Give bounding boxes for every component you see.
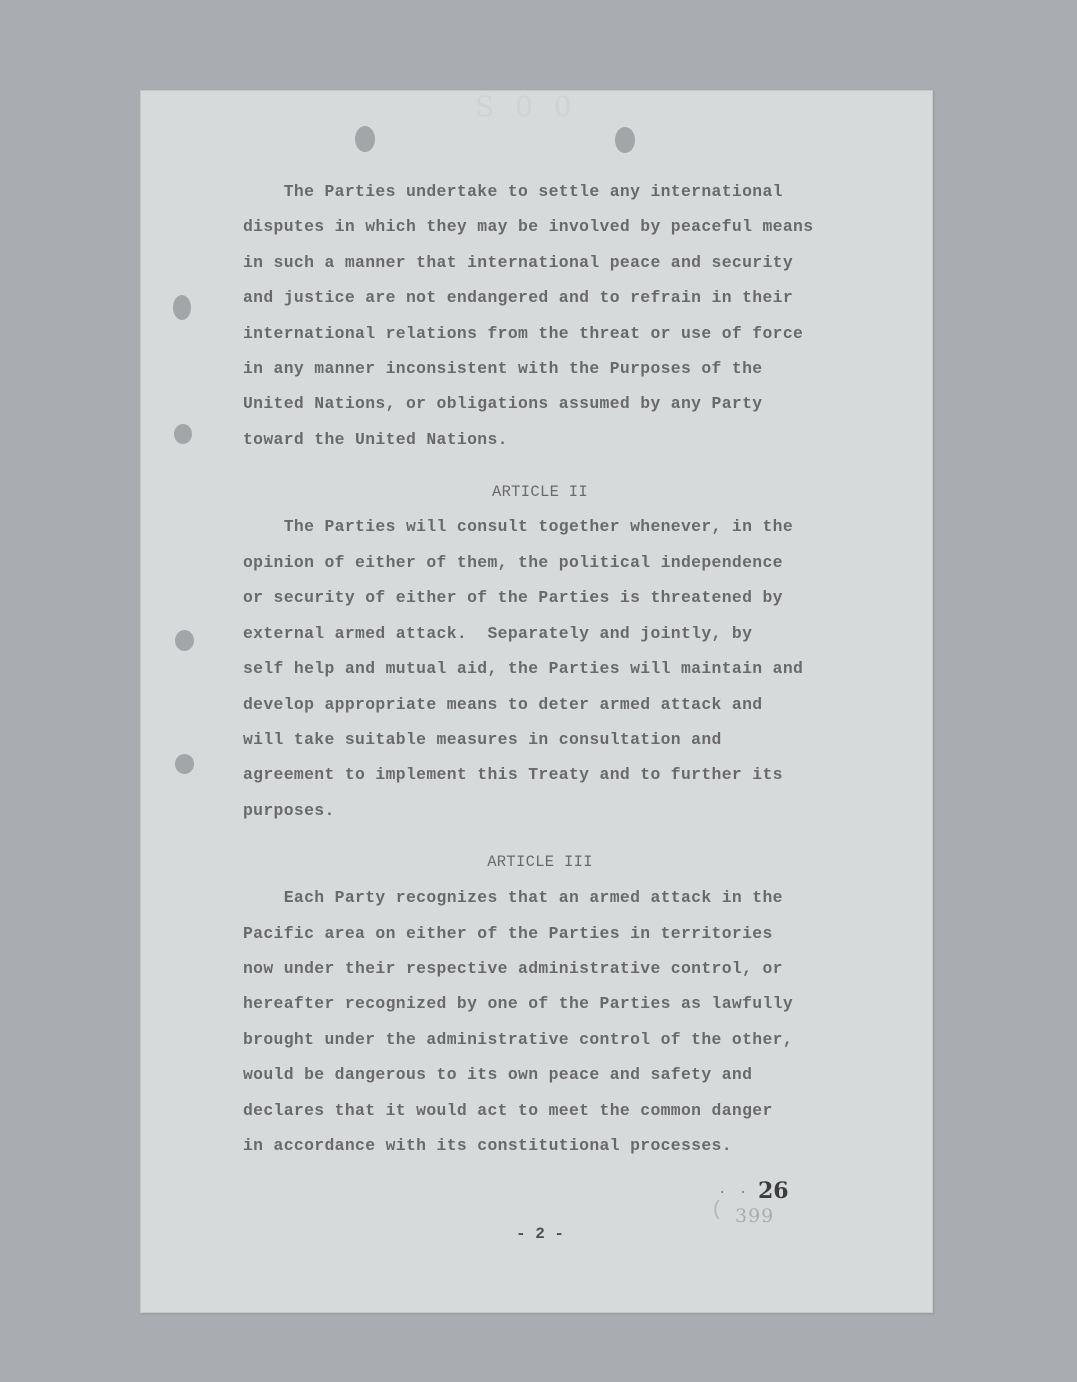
text-line: international relations from the threat … xyxy=(243,324,803,344)
text-line: brought under the administrative control… xyxy=(243,1030,793,1050)
stamp-number: 26 xyxy=(758,1178,789,1204)
text-line: Pacific area on either of the Parties in… xyxy=(243,924,773,944)
text-line: declares that it would act to meet the c… xyxy=(243,1101,773,1121)
text-line: Each Party recognizes that an armed atta… xyxy=(243,888,783,908)
punch-hole-side-4 xyxy=(175,754,194,774)
faint-top-mark: S 0 0 xyxy=(475,90,578,123)
text-line: disputes in which they may be involved b… xyxy=(243,217,813,237)
text-line: opinion of either of them, the political… xyxy=(243,553,783,573)
text-line: external armed attack. Separately and jo… xyxy=(243,624,752,644)
text-line: The Parties will consult together whenev… xyxy=(243,517,793,537)
text-line: in such a manner that international peac… xyxy=(243,253,793,273)
text-line: self help and mutual aid, the Parties wi… xyxy=(243,659,803,679)
text-line: or security of either of the Parties is … xyxy=(243,588,783,608)
punch-hole-side-3 xyxy=(175,630,194,651)
page-number: - 2 - xyxy=(140,1225,940,1243)
text-line: United Nations, or obligations assumed b… xyxy=(243,394,763,414)
text-line: purposes. xyxy=(243,801,335,821)
faded-stamp-number: 399 xyxy=(735,1205,774,1227)
article-2-heading: ARTICLE II xyxy=(140,482,940,502)
punch-hole-top-left xyxy=(355,126,375,152)
stamp-paren: ( xyxy=(711,1199,723,1222)
text-line: would be dangerous to its own peace and … xyxy=(243,1065,752,1085)
text-line: will take suitable measures in consultat… xyxy=(243,730,722,750)
text-line: develop appropriate means to deter armed… xyxy=(243,695,763,715)
article-3-heading: ARTICLE III xyxy=(140,852,940,872)
text-line: now under their respective administrativ… xyxy=(243,959,783,979)
text-line: The Parties undertake to settle any inte… xyxy=(243,182,783,202)
text-line: in any manner inconsistent with the Purp… xyxy=(243,359,763,379)
punch-hole-top-right xyxy=(615,127,635,153)
text-line: agreement to implement this Treaty and t… xyxy=(243,765,783,785)
text-line: in accordance with its constitutional pr… xyxy=(243,1136,732,1156)
text-line: toward the United Nations. xyxy=(243,430,508,450)
punch-hole-side-1 xyxy=(173,295,191,320)
text-line: hereafter recognized by one of the Parti… xyxy=(243,994,793,1014)
document-page: S 0 0 The Parties undertake to settle an… xyxy=(140,90,933,1313)
stamp-dots: . . xyxy=(718,1182,749,1198)
text-line: and justice are not endangered and to re… xyxy=(243,288,793,308)
punch-hole-side-2 xyxy=(174,424,192,444)
